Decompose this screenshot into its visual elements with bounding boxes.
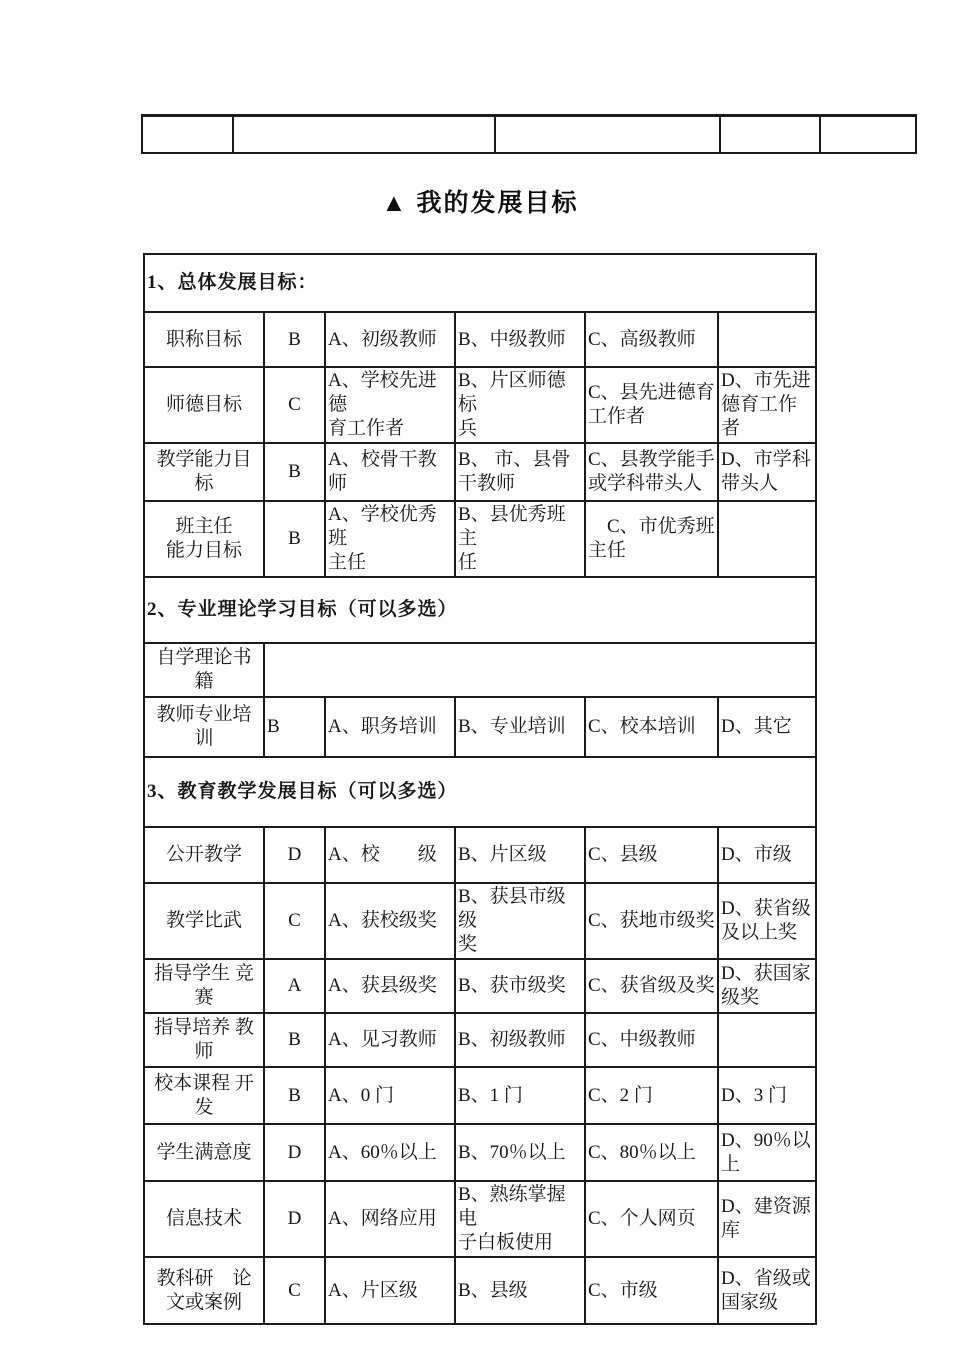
option-cell: B、县优秀班主 任 (455, 501, 585, 577)
goal-label-cell: 教学比武 (144, 883, 264, 959)
grade-cell: B (264, 312, 325, 367)
goal-label-cell: 学生满意度 (144, 1124, 264, 1181)
option-cell: A、校骨干教师 (325, 443, 455, 501)
grade-cell: D (264, 827, 325, 883)
option-cell: D、90％以 上 (718, 1124, 816, 1181)
grade-cell: B (264, 501, 325, 577)
option-cell: C、高级教师 (585, 312, 718, 367)
grade-cell: C (264, 367, 325, 443)
option-cell: A、片区级 (325, 1257, 455, 1324)
option-cell: C、县先进德育 工作者 (585, 367, 718, 443)
goal-row: 校本课程 开 发BA、0 门B、1 门C、2 门D、3 门 (144, 1067, 816, 1124)
goal-row: 职称目标BA、初级教师B、中级教师C、高级教师 (144, 312, 816, 367)
option-cell: C、获地市级奖 (585, 883, 718, 959)
option-cell: D、市先进 德育工作者 (718, 367, 816, 443)
header-table-cell (143, 117, 234, 152)
goal-row: 学生满意度DA、60％以上B、70％以上C、80％以上D、90％以 上 (144, 1124, 816, 1181)
option-cell: B、获市级奖 (455, 959, 585, 1013)
option-cell: A、0 门 (325, 1067, 455, 1124)
option-cell: D、其它 (718, 697, 816, 757)
page-title: ▲ 我的发展目标 (0, 183, 960, 219)
goal-label-cell: 自学理论书 籍 (144, 643, 264, 697)
grade-cell: D (264, 1181, 325, 1257)
goal-row: 指导学生 竞 赛AA、获县级奖B、获市级奖C、获省级及奖D、获国家 级奖 (144, 959, 816, 1013)
grade-cell: B (264, 443, 325, 501)
goal-label-cell: 信息技术 (144, 1181, 264, 1257)
grade-cell: B (264, 697, 325, 757)
option-cell: C、县教学能手 或学科带头人 (585, 443, 718, 501)
option-cell: B、专业培训 (455, 697, 585, 757)
option-cell: C、市优秀班 主任 (585, 501, 718, 577)
goal-row: 教师专业培 训BA、职务培训B、专业培训C、校本培训D、其它 (144, 697, 816, 757)
goal-row: 师德目标CA、学校先进德 育工作者B、片区师德标 兵C、县先进德育 工作者D、市… (144, 367, 816, 443)
option-cell: D、市级 (718, 827, 816, 883)
goals-table: 1、总体发展目标：职称目标BA、初级教师B、中级教师C、高级教师师德目标CA、学… (143, 253, 817, 1325)
option-cell: C、个人网页 (585, 1181, 718, 1257)
header-table-cell (234, 117, 496, 152)
section-row: 3、教育教学发展目标（可以多选） (144, 757, 816, 827)
goal-row: 信息技术DA、网络应用B、熟练掌握电 子白板使用C、个人网页D、建资源 库 (144, 1181, 816, 1257)
option-cell: B、熟练掌握电 子白板使用 (455, 1181, 585, 1257)
option-cell: A、获县级奖 (325, 959, 455, 1013)
option-cell: B、 市、县骨 干教师 (455, 443, 585, 501)
option-cell: C、市级 (585, 1257, 718, 1324)
option-cell: B、片区级 (455, 827, 585, 883)
option-cell: A、见习教师 (325, 1013, 455, 1067)
option-cell: C、县级 (585, 827, 718, 883)
header-table-cell (821, 117, 915, 152)
goal-label-cell: 教学能力目 标 (144, 443, 264, 501)
option-cell: A、校 级 (325, 827, 455, 883)
grade-cell: D (264, 1124, 325, 1181)
option-cell: C、2 门 (585, 1067, 718, 1124)
option-cell: B、获县市级级 奖 (455, 883, 585, 959)
option-cell: A、学校先进德 育工作者 (325, 367, 455, 443)
goal-row: 指导培养 教 师BA、见习教师B、初级教师C、中级教师 (144, 1013, 816, 1067)
option-cell: B、片区师德标 兵 (455, 367, 585, 443)
option-cell: D、3 门 (718, 1067, 816, 1124)
option-cell: A、获校级奖 (325, 883, 455, 959)
grade-cell: A (264, 959, 325, 1013)
goal-label-cell: 校本课程 开 发 (144, 1067, 264, 1124)
section-title: 1、总体发展目标： (144, 254, 816, 312)
grade-cell: C (264, 1257, 325, 1324)
option-cell (718, 312, 816, 367)
goal-row: 教学能力目 标BA、校骨干教师B、 市、县骨 干教师C、县教学能手 或学科带头人… (144, 443, 816, 501)
section-row: 2、专业理论学习目标（可以多选） (144, 577, 816, 643)
goal-row: 公开教学DA、校 级B、片区级C、县级D、市级 (144, 827, 816, 883)
goal-row: 班主任 能力目标BA、学校优秀班 主任B、县优秀班主 任 C、市优秀班 主任 (144, 501, 816, 577)
option-cell: B、1 门 (455, 1067, 585, 1124)
option-cell: D、省级或 国家级 (718, 1257, 816, 1324)
option-cell (718, 501, 816, 577)
option-cell: A、职务培训 (325, 697, 455, 757)
goal-label-cell: 师德目标 (144, 367, 264, 443)
goals-table-body: 1、总体发展目标：职称目标BA、初级教师B、中级教师C、高级教师师德目标CA、学… (144, 254, 816, 1324)
section-row: 1、总体发展目标： (144, 254, 816, 312)
grade-cell: B (264, 1067, 325, 1124)
goal-label-cell: 指导培养 教 师 (144, 1013, 264, 1067)
header-table-cell (496, 117, 721, 152)
option-cell: B、中级教师 (455, 312, 585, 367)
goal-row: 自学理论书 籍 (144, 643, 816, 697)
option-cell: A、网络应用 (325, 1181, 455, 1257)
option-cell (718, 1013, 816, 1067)
goal-row: 教科研 论 文或案例CA、片区级B、县级C、市级D、省级或 国家级 (144, 1257, 816, 1324)
option-cell: C、获省级及奖 (585, 959, 718, 1013)
option-cell: A、学校优秀班 主任 (325, 501, 455, 577)
option-cell: B、70％以上 (455, 1124, 585, 1181)
goal-label-cell: 指导学生 竞 赛 (144, 959, 264, 1013)
goal-label-cell: 职称目标 (144, 312, 264, 367)
goal-label-cell: 教科研 论 文或案例 (144, 1257, 264, 1324)
goal-label-cell: 教师专业培 训 (144, 697, 264, 757)
grade-cell: C (264, 883, 325, 959)
option-cell: C、中级教师 (585, 1013, 718, 1067)
option-cell: D、市学科 带头人 (718, 443, 816, 501)
grade-cell: B (264, 1013, 325, 1067)
option-cell: C、80％以上 (585, 1124, 718, 1181)
option-cell: D、建资源 库 (718, 1181, 816, 1257)
header-table-cell (721, 117, 821, 152)
section-title: 2、专业理论学习目标（可以多选） (144, 577, 816, 643)
goal-label-cell: 班主任 能力目标 (144, 501, 264, 577)
merged-empty-cell (264, 643, 816, 697)
option-cell: B、初级教师 (455, 1013, 585, 1067)
option-cell: A、60％以上 (325, 1124, 455, 1181)
option-cell: D、获省级 及以上奖 (718, 883, 816, 959)
section-title: 3、教育教学发展目标（可以多选） (144, 757, 816, 827)
header-table (141, 114, 917, 154)
goal-label-cell: 公开教学 (144, 827, 264, 883)
option-cell: B、县级 (455, 1257, 585, 1324)
option-cell: C、校本培训 (585, 697, 718, 757)
goal-row: 教学比武CA、获校级奖B、获县市级级 奖C、获地市级奖D、获省级 及以上奖 (144, 883, 816, 959)
option-cell: D、获国家 级奖 (718, 959, 816, 1013)
option-cell: A、初级教师 (325, 312, 455, 367)
